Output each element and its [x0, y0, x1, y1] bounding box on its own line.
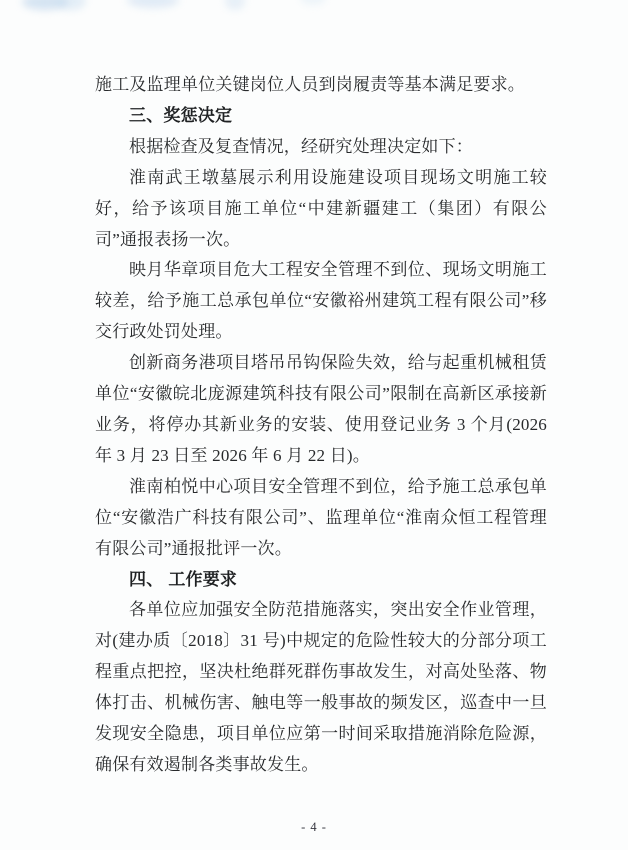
- paragraph: 映月华章项目危大工程安全管理不到位、现场文明施工较差，给予施工总承包单位“安徽裕…: [95, 255, 547, 348]
- page-number: - 4 -: [0, 820, 628, 835]
- scan-smudge: [300, 0, 326, 5]
- paragraph: 淮南柏悦中心项目安全管理不到位，给予施工总承包单位“安徽浩广科技有限公司”、监理…: [95, 472, 547, 565]
- scan-smudge: [56, 0, 86, 10]
- section-heading-rewards-penalties: 三、奖惩决定: [95, 101, 547, 132]
- paragraph: 各单位应加强安全防范措施落实，突出安全作业管理，对(建办质〔2018〕31 号)…: [95, 595, 547, 780]
- paragraph-continuation: 施工及监理单位关键岗位人员到岗履责等基本满足要求。: [95, 70, 547, 101]
- scan-smudge: [127, 0, 179, 8]
- document-body: 施工及监理单位关键岗位人员到岗履责等基本满足要求。 三、奖惩决定 根据检查及复查…: [95, 70, 547, 781]
- paragraph: 根据检查及复查情况，经研究处理决定如下：: [95, 132, 547, 163]
- section-heading-work-requirements: 四、 工作要求: [95, 565, 547, 596]
- scan-smudge: [225, 0, 245, 10]
- document-page: 施工及监理单位关键岗位人员到岗履责等基本满足要求。 三、奖惩决定 根据检查及复查…: [0, 0, 628, 850]
- paragraph: 创新商务港项目塔吊吊钩保险失效，给与起重机械租赁单位“安徽皖北庞源建筑科技有限公…: [95, 348, 547, 472]
- paragraph: 淮南武王墩墓展示利用设施建设项目现场文明施工较好，给予该项目施工单位“中建新疆建…: [95, 163, 547, 256]
- scan-smudge: [22, 0, 68, 10]
